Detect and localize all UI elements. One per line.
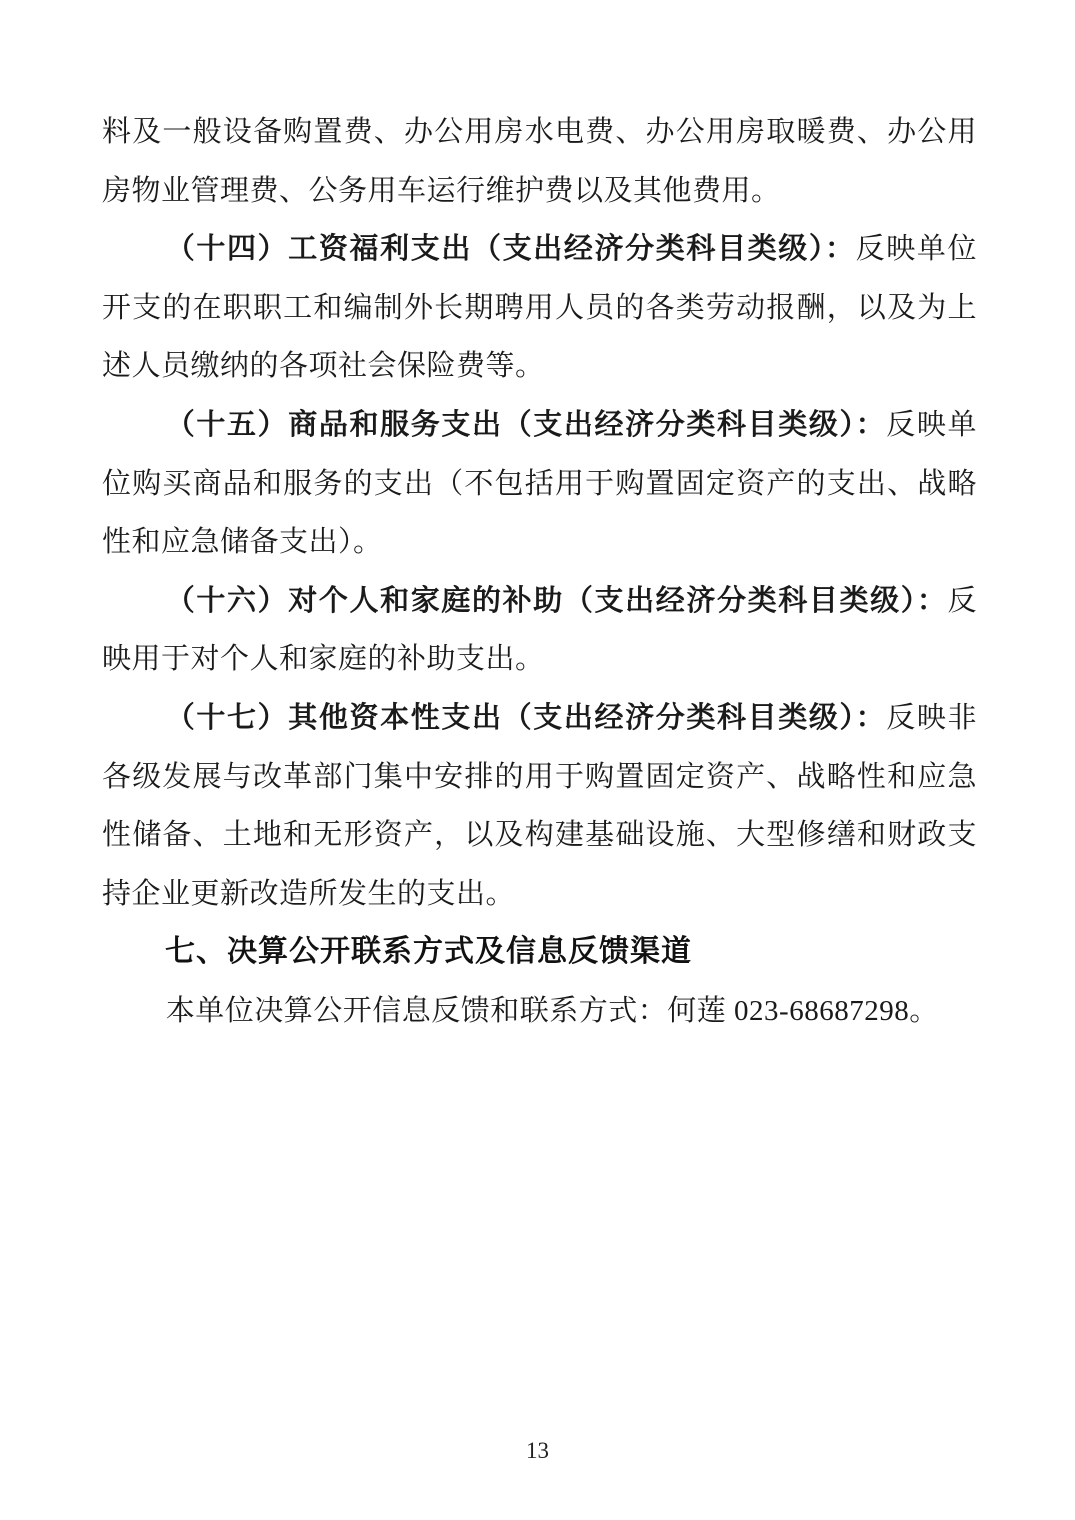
paragraph-item-15: （十五）商品和服务支出（支出经济分类科目类级）：反映单位购买商品和服务的支出（不… — [102, 396, 977, 572]
item-16-label: （十六）对个人和家庭的补助（支出经济分类科目类级）： — [166, 585, 948, 617]
document-body: 料及一般设备购置费、办公用房水电费、办公用房取暖费、办公用房物业管理费、公务用车… — [102, 103, 977, 1041]
section-heading: 七、决算公开联系方式及信息反馈渠道 — [102, 923, 977, 982]
paragraph-continuation: 料及一般设备购置费、办公用房水电费、办公用房取暖费、办公用房物业管理费、公务用车… — [102, 103, 977, 220]
document-page: 料及一般设备购置费、办公用房水电费、办公用房取暖费、办公用房物业管理费、公务用车… — [0, 0, 1075, 1520]
page-number: 13 — [0, 1436, 1075, 1466]
paragraph-contact: 本单位决算公开信息反馈和联系方式：何莲 023-68687298。 — [102, 982, 977, 1041]
paragraph-item-17: （十七）其他资本性支出（支出经济分类科目类级）：反映非各级发展与改革部门集中安排… — [102, 689, 977, 923]
paragraph-item-16: （十六）对个人和家庭的补助（支出经济分类科目类级）：反映用于对个人和家庭的补助支… — [102, 572, 977, 689]
paragraph-item-14: （十四）工资福利支出（支出经济分类科目类级）：反映单位开支的在职职工和编制外长期… — [102, 220, 977, 396]
item-15-label: （十五）商品和服务支出（支出经济分类科目类级）： — [166, 409, 886, 441]
item-17-label: （十七）其他资本性支出（支出经济分类科目类级）： — [166, 702, 886, 734]
item-14-label: （十四）工资福利支出（支出经济分类科目类级）： — [166, 233, 856, 265]
